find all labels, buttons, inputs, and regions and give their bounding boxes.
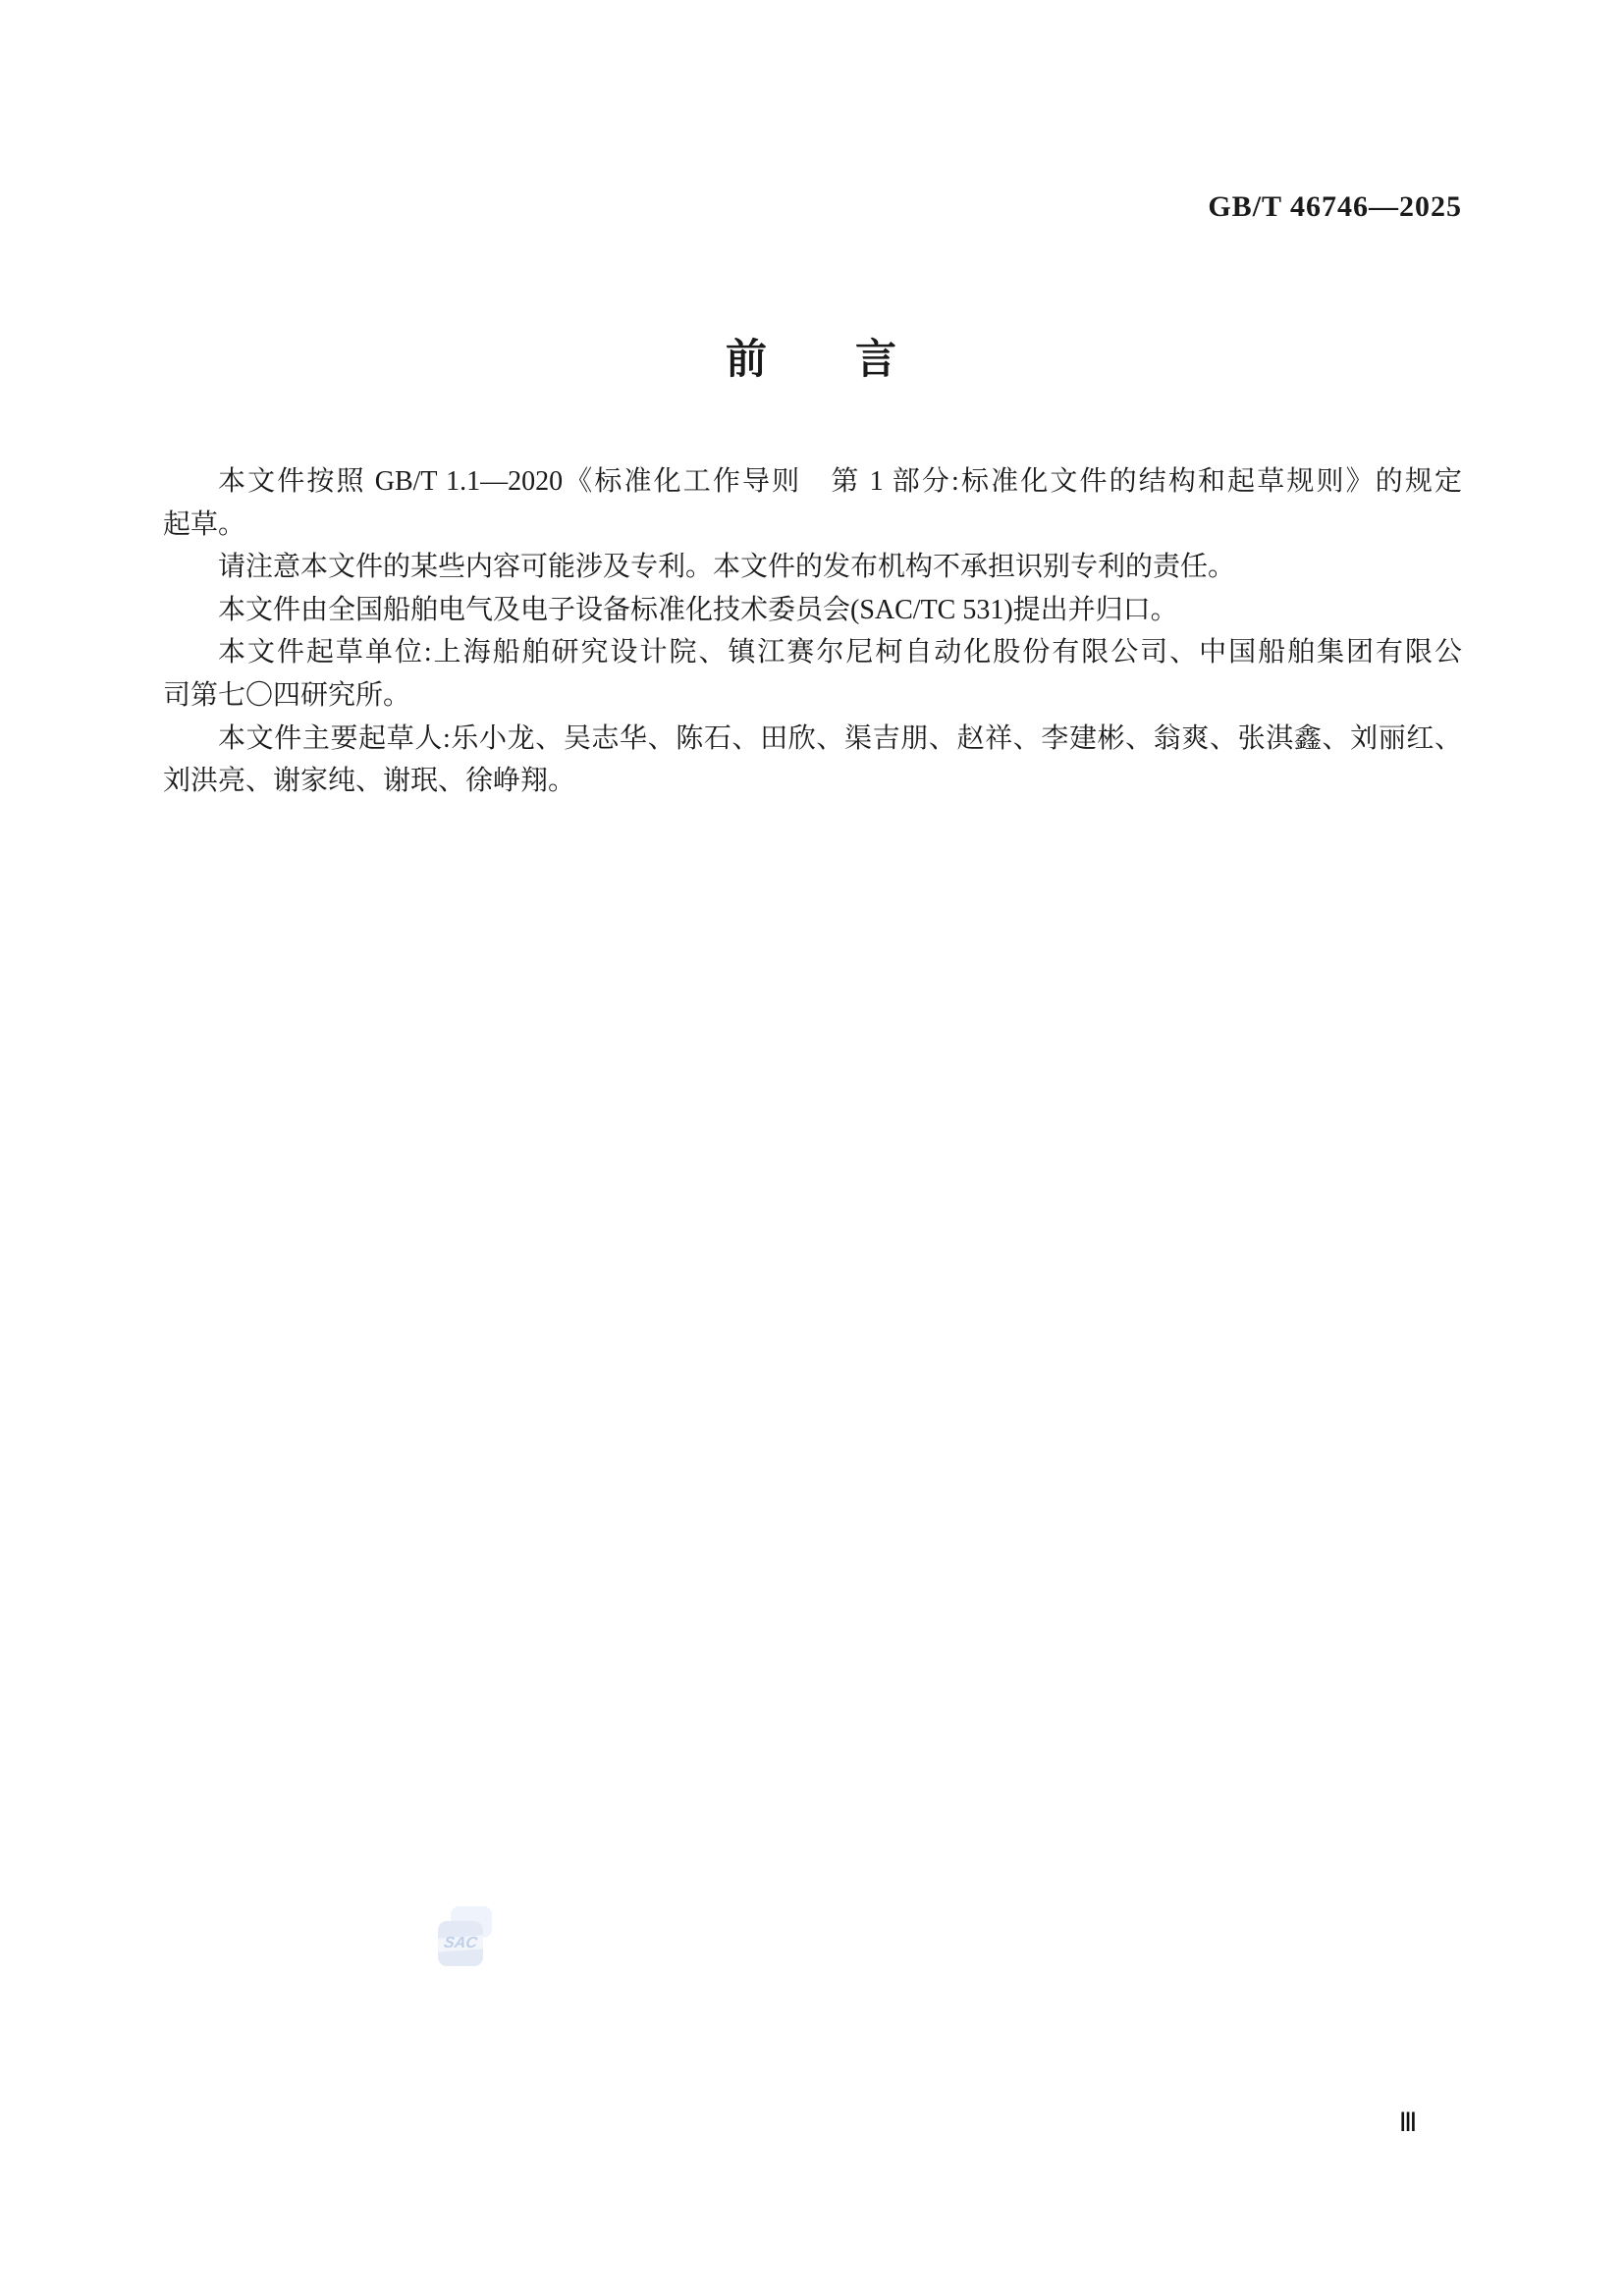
sac-logo-icon: SAC (438, 1921, 483, 1966)
paragraph-line: 本文件主要起草人:乐小龙、吴志华、陈石、田欣、渠吉朋、赵祥、李建彬、翁爽、张淇鑫… (163, 718, 1462, 761)
paragraph-line: 司第七〇四研究所。 (163, 674, 1462, 718)
paragraph-line: 起草。 (163, 504, 1462, 547)
sac-logo-label: SAC (438, 1935, 483, 1952)
foreword-body: 本文件按照 GB/T 1.1—2020《标准化工作导则 第 1 部分:标准化文件… (163, 460, 1462, 803)
paragraph-line: 本文件由全国船舶电气及电子设备标准化技术委员会(SAC/TC 531)提出并归口… (163, 589, 1462, 632)
sac-watermark: SAC (434, 1906, 495, 1969)
page-title: 前 言 (0, 327, 1624, 386)
doc-number: GB/T 46746—2025 (0, 190, 1462, 224)
paragraph-line: 刘洪亮、谢家纯、谢珉、徐峥翔。 (163, 760, 1462, 803)
paragraph-line: 本文件按照 GB/T 1.1—2020《标准化工作导则 第 1 部分:标准化文件… (163, 460, 1462, 504)
paragraph-line: 本文件起草单位:上海船舶研究设计院、镇江赛尔尼柯自动化股份有限公司、中国船舶集团… (163, 631, 1462, 674)
paragraph-line: 请注意本文件的某些内容可能涉及专利。本文件的发布机构不承担识别专利的责任。 (163, 546, 1462, 589)
page-number: Ⅲ (1359, 2108, 1457, 2138)
document-page: GB/T 46746—2025 前 言 本文件按照 GB/T 1.1—2020《… (0, 0, 1624, 2296)
